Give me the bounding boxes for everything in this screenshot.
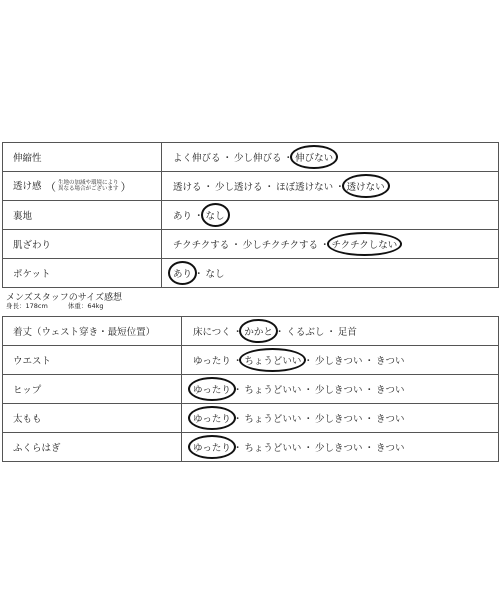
selected-option: ゆったり <box>192 440 232 454</box>
separator: ・ <box>231 240 241 251</box>
table-row: 伸縮性よく伸びる・少し伸びる・伸びない <box>3 143 499 172</box>
row-options: チクチクする・少しチクチクする・チクチクしない <box>162 230 499 259</box>
option: 少しチクチクする <box>242 237 319 251</box>
row-label: ウエスト <box>3 346 182 375</box>
row-label: 伸縮性 <box>3 143 162 172</box>
row-label-text: ポケット <box>13 269 51 280</box>
row-options: 透ける・少し透ける・ほぼ透けない・透けない <box>162 172 499 201</box>
row-label-text: 肌ざわり <box>13 240 51 251</box>
row-options: 床につく・かかと・くるぶし・足首 <box>182 317 499 346</box>
option: ほぼ透けない <box>275 179 334 193</box>
table-row: ヒップゆったり・ちょうどいい・少しきつい・きつい <box>3 375 499 404</box>
selected-option: チクチクしない <box>331 237 399 251</box>
row-label: 着丈（ウェスト穿き・最短位置） <box>3 317 182 346</box>
row-label: 太もも <box>3 404 182 433</box>
row-label: ヒップ <box>3 375 182 404</box>
row-label-text: ヒップ <box>13 385 41 396</box>
separator: ・ <box>303 414 313 425</box>
table-row: 透け感 （生地の加減や環境により異なる場合がございます）透ける・少し透ける・ほぼ… <box>3 172 499 201</box>
row-options: よく伸びる・少し伸びる・伸びない <box>162 143 499 172</box>
separator: ・ <box>265 182 275 193</box>
table-row: 着丈（ウェスト穿き・最短位置）床につく・かかと・くるぶし・足首 <box>3 317 499 346</box>
row-label-text: 裏地 <box>13 211 32 222</box>
row-label: 透け感 （生地の加減や環境により異なる場合がございます） <box>3 172 162 201</box>
option: くるぶし <box>285 324 325 338</box>
row-options: ゆったり・ちょうどいい・少しきつい・きつい <box>182 375 499 404</box>
staff-weight: 体重：64kg <box>68 302 104 310</box>
table-row: ポケットあり・なし <box>3 259 499 288</box>
selected-option: 伸びない <box>294 150 334 164</box>
staff-height: 身長：178cm <box>6 302 48 310</box>
option: 少しきつい <box>314 411 364 425</box>
option: 足首 <box>337 324 358 338</box>
fit-rows: 着丈（ウェスト穿き・最短位置）床につく・かかと・くるぶし・足首ウエストゆったり・… <box>3 317 499 462</box>
row-label: ふくらはぎ <box>3 433 182 462</box>
separator: ・ <box>223 153 233 164</box>
separator: ・ <box>303 443 313 454</box>
size-fit-table: 着丈（ウェスト穿き・最短位置）床につく・かかと・くるぶし・足首ウエストゆったり・… <box>2 316 499 462</box>
row-label: ポケット <box>3 259 162 288</box>
row-label-text: 伸縮性 <box>13 153 42 164</box>
option: 床につく <box>192 324 232 338</box>
option: ちょうどいい <box>243 440 302 454</box>
note-line: 異なる場合がございます <box>58 186 119 192</box>
row-options: あり・なし <box>162 259 499 288</box>
row-options: ゆったり・ちょうどいい・少しきつい・きつい <box>182 404 499 433</box>
fabric-rows: 伸縮性よく伸びる・少し伸びる・伸びない透け感 （生地の加減や環境により異なる場合… <box>3 143 499 288</box>
row-label-text: ふくらはぎ <box>13 443 61 454</box>
selected-option: あり <box>172 266 193 280</box>
option: 少し伸びる <box>233 150 283 164</box>
option: きつい <box>375 411 406 425</box>
selected-option: ゆったり <box>192 382 232 396</box>
option: 少し透ける <box>214 179 264 193</box>
row-label: 肌ざわり <box>3 230 162 259</box>
separator: ・ <box>364 385 374 396</box>
option: きつい <box>375 353 406 367</box>
row-options: ゆったり・ちょうどいい・少しきつい・きつい <box>182 433 499 462</box>
selected-option: 透けない <box>346 179 386 193</box>
row-label-text: ウエスト <box>13 356 51 367</box>
option: 少しきつい <box>314 440 364 454</box>
separator: ・ <box>364 414 374 425</box>
table-row: 肌ざわりチクチクする・少しチクチクする・チクチクしない <box>3 230 499 259</box>
option: ちょうどいい <box>243 382 302 396</box>
selected-option: ゆったり <box>192 411 232 425</box>
row-options: ゆったり・ちょうどいい・少しきつい・きつい <box>182 346 499 375</box>
option: 透ける <box>172 179 203 193</box>
option: よく伸びる <box>172 150 222 164</box>
row-label: 裏地 <box>3 201 162 230</box>
row-label-text: 太もも <box>13 414 42 425</box>
option: ゆったり <box>192 353 232 367</box>
table-row: 太ももゆったり・ちょうどいい・少しきつい・きつい <box>3 404 499 433</box>
selected-option: ちょうどいい <box>243 353 302 367</box>
separator: ・ <box>303 385 313 396</box>
paren-open: （ <box>42 180 57 193</box>
option: 少しきつい <box>314 382 364 396</box>
separator: ・ <box>364 356 374 367</box>
table-row: 裏地あり・なし <box>3 201 499 230</box>
option: チクチクする <box>172 237 230 251</box>
option: なし <box>205 266 226 280</box>
option: あり <box>172 208 193 222</box>
option: 少しきつい <box>314 353 364 367</box>
separator: ・ <box>204 182 214 193</box>
separator: ・ <box>326 327 336 338</box>
option: ちょうどいい <box>243 411 302 425</box>
option: きつい <box>375 382 406 396</box>
staff-stats: 身長：178cm 体重：64kg <box>6 301 104 310</box>
separator: ・ <box>364 443 374 454</box>
table-row: ウエストゆったり・ちょうどいい・少しきつい・きつい <box>3 346 499 375</box>
option: きつい <box>375 440 406 454</box>
selected-option: かかと <box>243 324 274 338</box>
row-note: 生地の加減や環境により異なる場合がございます <box>58 180 119 192</box>
row-label-text: 着丈（ウェスト穿き・最短位置） <box>13 327 155 338</box>
fabric-properties-table: 伸縮性よく伸びる・少し伸びる・伸びない透け感 （生地の加減や環境により異なる場合… <box>2 142 499 288</box>
paren-close: ） <box>121 180 132 193</box>
row-label-text: 透け感 <box>13 181 42 192</box>
table-row: ふくらはぎゆったり・ちょうどいい・少しきつい・きつい <box>3 433 499 462</box>
selected-option: なし <box>205 208 226 222</box>
row-options: あり・なし <box>162 201 499 230</box>
